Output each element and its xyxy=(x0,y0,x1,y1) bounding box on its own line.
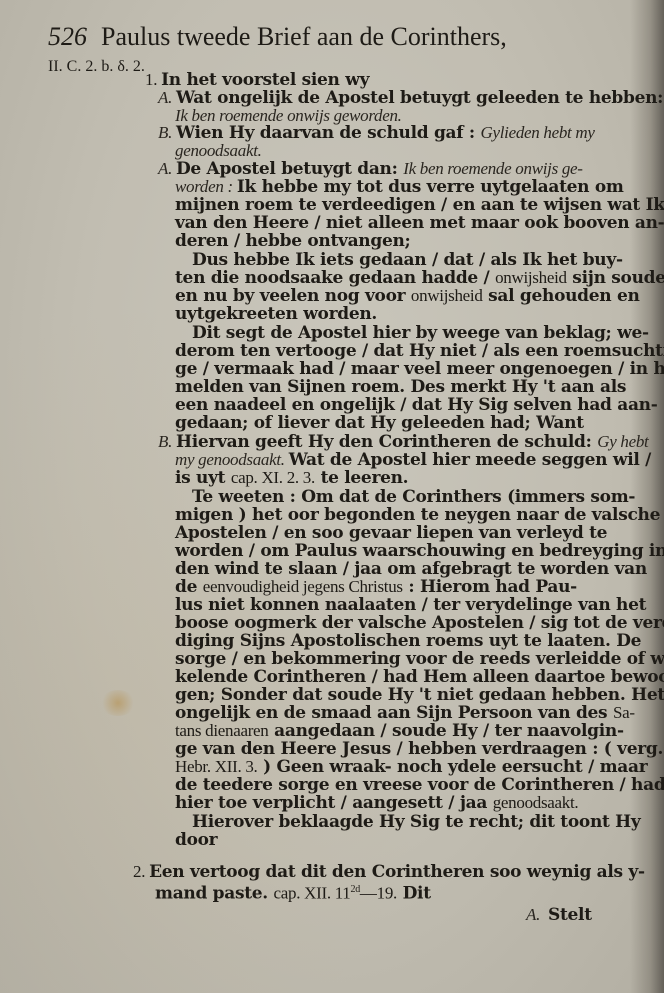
text-line: door xyxy=(175,830,217,850)
text-run: Hiervan geeft Hy den Corintheren de schu… xyxy=(176,432,597,452)
text-run: sorge / en bekommering voor de reeds ver… xyxy=(175,649,664,669)
text-run: 1. xyxy=(145,70,161,89)
text-run: onwijsheid xyxy=(411,286,483,305)
text-run: Een vertoog dat dit den Corintheren soo … xyxy=(149,862,645,882)
text-line: een naadeel en ongelijk / dat Hy Sig sel… xyxy=(175,395,658,415)
text-line: kelende Corintheren / had Hem alleen daa… xyxy=(175,667,664,687)
text-run: Wien Hy daarvan de schuld gaf : xyxy=(176,123,481,143)
text-run: genoodsaakt. xyxy=(175,141,262,160)
text-line: de eenvoudigheid jegens Christus : Hiero… xyxy=(175,577,577,597)
text-run: de teedere sorge en vreese voor de Corin… xyxy=(175,775,664,795)
text-line: Apostelen / en soo gevaar liepen van ver… xyxy=(175,523,607,543)
text-run: —19. xyxy=(360,884,397,903)
catchword-text: Stelt xyxy=(548,905,592,925)
text-run: ten die noodsaake gedaan hadde / xyxy=(175,268,495,288)
text-run: : Hierom had Pau- xyxy=(403,577,577,597)
text-run: A. xyxy=(158,159,176,178)
text-line: A. Wat ongelijk de Apostel betuygt gelee… xyxy=(158,88,663,108)
text-line: migen ) het oor begonden te neygen naar … xyxy=(175,505,660,525)
running-header: 526Paulus tweede Brief aan de Corinthers… xyxy=(48,22,507,52)
text-line: B. Wien Hy daarvan de schuld gaf : Gylie… xyxy=(158,123,595,143)
text-line: hier toe verplicht / aangesett / jaa gen… xyxy=(175,793,578,813)
text-run: derom ten vertooge / dat Hy niet / als e… xyxy=(175,341,664,361)
text-run: migen ) het oor begonden te neygen naar … xyxy=(175,505,660,525)
text-run: de xyxy=(175,577,203,597)
text-line: Dit segt de Apostel hier by weege van be… xyxy=(192,323,649,343)
text-run: Sa- xyxy=(613,703,635,722)
text-run: my genoodsaakt. xyxy=(175,450,289,469)
text-line: B. Hiervan geeft Hy den Corintheren de s… xyxy=(158,432,648,452)
text-run: cap. XI. 2. 3. xyxy=(231,468,315,487)
text-run: cap. XII. 11 xyxy=(274,884,351,903)
text-run: Dit segt de Apostel hier by weege van be… xyxy=(192,323,649,343)
text-run: te leeren. xyxy=(315,468,408,488)
text-run: eenvoudigheid jegens Christus xyxy=(203,577,403,596)
text-run: Dus hebbe Ik iets gedaan / dat / als Ik … xyxy=(192,250,623,270)
text-line: boose oogmerk der valsche Apostelen / si… xyxy=(175,613,664,633)
text-run: mand paste. xyxy=(155,884,274,904)
text-run: kelende Corintheren / had Hem alleen daa… xyxy=(175,667,664,687)
text-line: de teedere sorge en vreese voor de Corin… xyxy=(175,775,664,795)
text-line: den wind te slaan / jaa om afgebragt te … xyxy=(175,559,647,579)
text-run: B. xyxy=(158,123,176,142)
text-line: uytgekreeten worden. xyxy=(175,304,377,324)
catchword: A. xyxy=(526,905,540,925)
text-run: Gy hebt xyxy=(597,432,648,451)
text-run: hier toe verplicht / aangesett / jaa xyxy=(175,793,493,813)
text-run: worden / om Paulus waarschouwing en bedr… xyxy=(175,541,664,561)
text-line: gen; Sonder dat soude Hy 't niet gedaan … xyxy=(175,685,664,705)
text-run: 2d xyxy=(351,884,360,895)
text-line: ge / vermaak had / maar veel meer ongeno… xyxy=(175,359,664,379)
text-line: genoodsaakt. xyxy=(175,141,262,161)
text-run: Hebr. XII. 3. xyxy=(175,757,258,776)
text-run: In het voorstel sien wy xyxy=(161,70,369,90)
text-run: Ik hebbe my tot dus verre uytgelaaten om xyxy=(237,177,624,197)
text-run: diging Sijns Apostolischen roems uyt te … xyxy=(175,631,641,651)
text-line: ge van den Heere Jesus / hebben verdraag… xyxy=(175,739,663,759)
text-line: mijnen roem te verdeedigen / en aan te w… xyxy=(175,195,664,215)
text-run: is uyt xyxy=(175,468,231,488)
text-run: Wat de Apostel hier meede seggen wil / xyxy=(289,450,651,470)
text-run: genoodsaakt. xyxy=(493,793,579,812)
text-run: aangedaan / soude Hy / ter naavolgin- xyxy=(269,721,624,741)
running-title: Paulus tweede Brief aan de Corinthers, xyxy=(101,22,507,51)
text-run: en nu by veelen nog voor xyxy=(175,286,411,306)
text-line: diging Sijns Apostolischen roems uyt te … xyxy=(175,631,641,651)
text-run: De Apostel betuygt dan: xyxy=(176,159,403,179)
text-run: onwijsheid xyxy=(495,268,567,287)
text-run: Gylieden hebt my xyxy=(481,123,595,142)
text-run: Dit xyxy=(397,884,431,904)
text-run: een naadeel en ongelijk / dat Hy Sig sel… xyxy=(175,395,658,415)
text-run: boose oogmerk der valsche Apostelen / si… xyxy=(175,613,664,633)
section-reference: II. C. 2. b. δ. 2. xyxy=(48,58,145,76)
text-line: tans dienaaren aangedaan / soude Hy / te… xyxy=(175,721,624,741)
text-line: Hierover beklaagde Hy Sig te recht; dit … xyxy=(192,812,641,832)
text-line: derom ten vertooge / dat Hy niet / als e… xyxy=(175,341,664,361)
text-line: sorge / en bekommering voor de reeds ver… xyxy=(175,649,664,669)
text-line: my genoodsaakt. Wat de Apostel hier meed… xyxy=(175,450,651,470)
text-line: Te weeten : Om dat de Corinthers (immers… xyxy=(192,487,635,507)
text-line: 2. Een vertoog dat dit den Corintheren s… xyxy=(133,862,645,882)
text-line: 1. In het voorstel sien wy xyxy=(145,70,369,90)
text-line: ten die noodsaake gedaan hadde / onwijsh… xyxy=(175,268,664,288)
text-run: ge van den Heere Jesus / hebben verdraag… xyxy=(175,739,663,759)
text-line: van den Heere / niet alleen met maar ook… xyxy=(175,213,664,233)
text-line: worden / om Paulus waarschouwing en bedr… xyxy=(175,541,664,561)
text-run: ge / vermaak had / maar veel meer ongeno… xyxy=(175,359,664,379)
text-run: tans dienaaren xyxy=(175,721,269,740)
text-run: mijnen roem te verdeedigen / en aan te w… xyxy=(175,195,664,215)
text-run: lus niet konnen naalaaten / ter verydeli… xyxy=(175,595,646,615)
text-line: A. De Apostel betuygt dan: Ik ben roemen… xyxy=(158,159,583,179)
text-run: 2. xyxy=(133,862,149,881)
text-line: ongelijk en de smaad aan Sijn Persoon va… xyxy=(175,703,635,723)
text-run: van den Heere / niet alleen met maar ook… xyxy=(175,213,664,233)
text-line: Hebr. XII. 3. ) Geen wraak- noch ydele e… xyxy=(175,757,647,777)
text-line: worden : Ik hebbe my tot dus verre uytge… xyxy=(175,177,624,197)
text-line: en nu by veelen nog voor onwijsheid sal … xyxy=(175,286,640,306)
text-run: uytgekreeten worden. xyxy=(175,304,377,324)
text-run: ) Geen wraak- noch ydele eersucht / maar xyxy=(258,757,648,777)
text-run: door xyxy=(175,830,217,850)
text-run: den wind te slaan / jaa om afgebragt te … xyxy=(175,559,647,579)
text-run: Hierover beklaagde Hy Sig te recht; dit … xyxy=(192,812,641,832)
text-run: A. xyxy=(158,88,176,107)
text-run: B. xyxy=(158,432,176,451)
paper-stain xyxy=(100,690,136,716)
text-run: sal gehouden en xyxy=(483,286,640,306)
text-run: Te weeten : Om dat de Corinthers (immers… xyxy=(192,487,635,507)
text-run: Wat ongelijk de Apostel betuygt geleeden… xyxy=(176,88,663,108)
text-run: sijn soude/ xyxy=(567,268,664,288)
text-run: ongelijk en de smaad aan Sijn Persoon va… xyxy=(175,703,613,723)
text-run: gen; Sonder dat soude Hy 't niet gedaan … xyxy=(175,685,664,705)
text-line: melden van Sijnen roem. Des merkt Hy 't … xyxy=(175,377,626,397)
text-run: worden : xyxy=(175,177,237,196)
text-run: Ik ben roemende onwijs ge- xyxy=(403,159,582,178)
text-line: lus niet konnen naalaaten / ter verydeli… xyxy=(175,595,646,615)
text-line: deren / hebbe ontvangen; xyxy=(175,231,411,251)
text-run: gedaan; of liever dat Hy geleeden had; W… xyxy=(175,413,584,433)
text-line: mand paste. cap. XII. 112d—19. Dit xyxy=(155,880,431,904)
text-line: is uyt cap. XI. 2. 3. te leeren. xyxy=(175,468,408,488)
page-number: 526 xyxy=(48,22,87,51)
text-run: Apostelen / en soo gevaar liepen van ver… xyxy=(175,523,607,543)
text-run: deren / hebbe ontvangen; xyxy=(175,231,411,251)
text-line: gedaan; of liever dat Hy geleeden had; W… xyxy=(175,413,584,433)
text-line: Dus hebbe Ik iets gedaan / dat / als Ik … xyxy=(192,250,623,270)
text-run: melden van Sijnen roem. Des merkt Hy 't … xyxy=(175,377,626,397)
